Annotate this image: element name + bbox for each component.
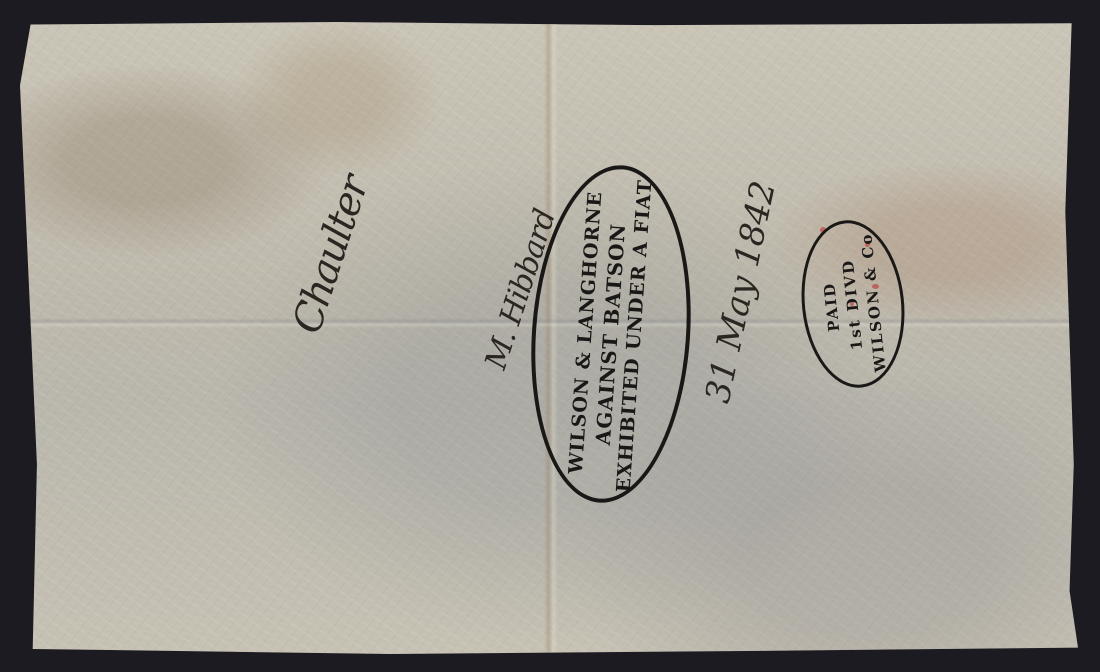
banknote-reverse: Chaulter M. Hibbard EXHIBITED UNDER A FI… bbox=[20, 22, 1078, 654]
dividend-paid-stamp: WILSON & Co 1st DIVD PAID bbox=[793, 215, 912, 393]
signature-left: Chaulter bbox=[284, 171, 378, 339]
handwritten-date: 31 May 1842 bbox=[698, 177, 784, 406]
